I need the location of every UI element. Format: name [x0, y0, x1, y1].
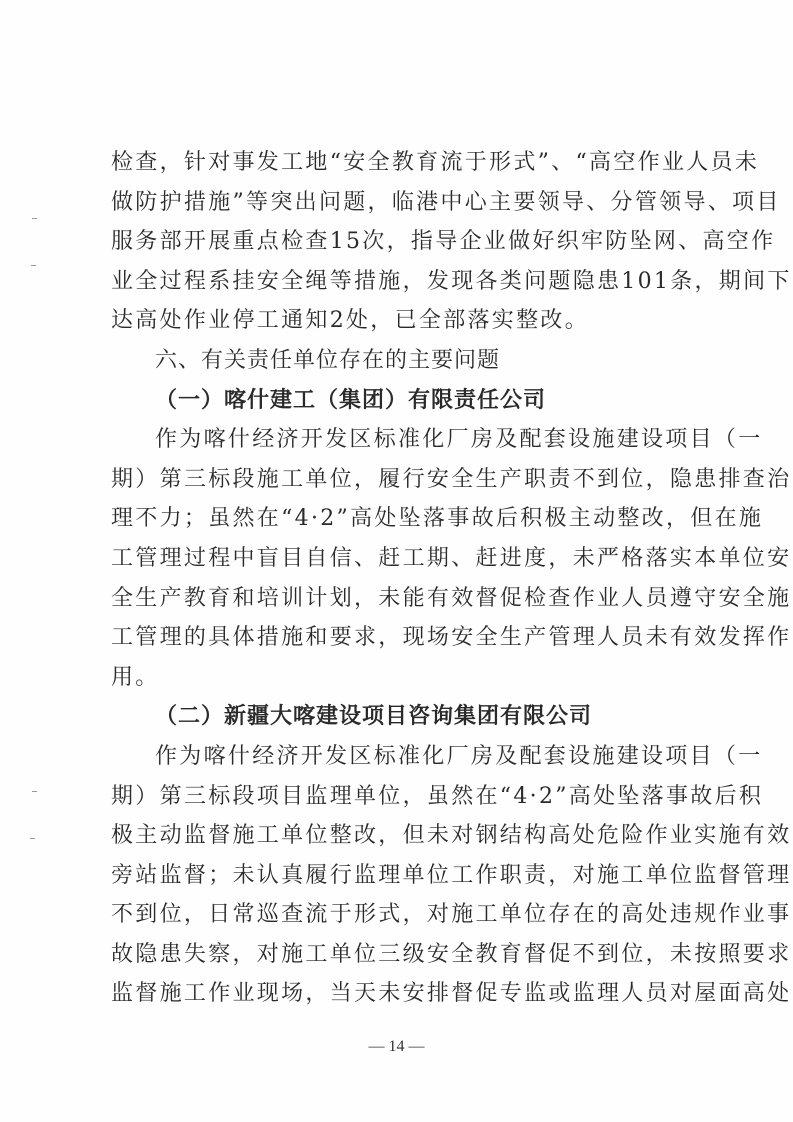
subsection-heading: （二）新疆大喀建设项目咨询集团有限公司 [111, 697, 691, 737]
document-body: 检查，针对事发工地“安全教育流于形式”、“高空作业人员未 做防护措施”等突出问题… [111, 143, 691, 1014]
section-heading: 六、有关责任单位存在的主要问题 [111, 341, 691, 381]
margin-mark [30, 838, 35, 839]
text-line: 工管理的具体措施和要求，现场安全生产管理人员未有效发挥作 [111, 618, 691, 658]
text-line: 不到位，日常巡查流于形式，对施工单位存在的高处违规作业事 [111, 895, 691, 935]
text-line: 业全过程系挂安全绳等措施，发现各类问题隐患101条，期间下 [111, 262, 691, 302]
text-line: 故隐患失察，对施工单位三级安全教育督促不到位，未按照要求 [111, 935, 691, 975]
text-line: 旁站监督；未认真履行监理单位工作职责，对施工单位监督管理 [111, 856, 691, 896]
text-line: 服务部开展重点检查15次，指导企业做好织牢防坠网、高空作 [111, 222, 691, 262]
text-line: 期）第三标段施工单位，履行安全生产职责不到位，隐患排查治 [111, 460, 691, 500]
document-page: 检查，针对事发工地“安全教育流于形式”、“高空作业人员未 做防护措施”等突出问题… [0, 0, 793, 1122]
subsection-heading: （一）喀什建工（集团）有限责任公司 [111, 381, 691, 421]
text-line: 用。 [111, 658, 691, 698]
text-line: 达高处作业停工通知2处，已全部落实整改。 [111, 301, 691, 341]
margin-mark [32, 791, 37, 792]
text-line: 理不力；虽然在“4·2”高处坠落事故后积极主动整改，但在施 [111, 499, 691, 539]
text-line: 极主动监督施工单位整改，但未对钢结构高处危险作业实施有效 [111, 816, 691, 856]
text-line: 期）第三标段项目监理单位，虽然在“4·2”高处坠落事故后积 [111, 777, 691, 817]
text-line: 检查，针对事发工地“安全教育流于形式”、“高空作业人员未 [111, 143, 691, 183]
page-number: — 14 — [0, 1038, 793, 1056]
text-line: 监督施工作业现场，当天未安排督促专监或监理人员对屋面高处 [111, 974, 691, 1014]
text-line: 作为喀什经济开发区标准化厂房及配套设施建设项目（一 [111, 420, 691, 460]
margin-mark [32, 218, 37, 219]
text-line: 做防护措施”等突出问题，临港中心主要领导、分管领导、项目 [111, 183, 691, 223]
text-line: 作为喀什经济开发区标准化厂房及配套设施建设项目（一 [111, 737, 691, 777]
text-line: 工管理过程中盲目自信、赶工期、赶进度，未严格落实本单位安 [111, 539, 691, 579]
text-line: 全生产教育和培训计划，未能有效督促检查作业人员遵守安全施 [111, 579, 691, 619]
margin-mark [31, 265, 36, 266]
